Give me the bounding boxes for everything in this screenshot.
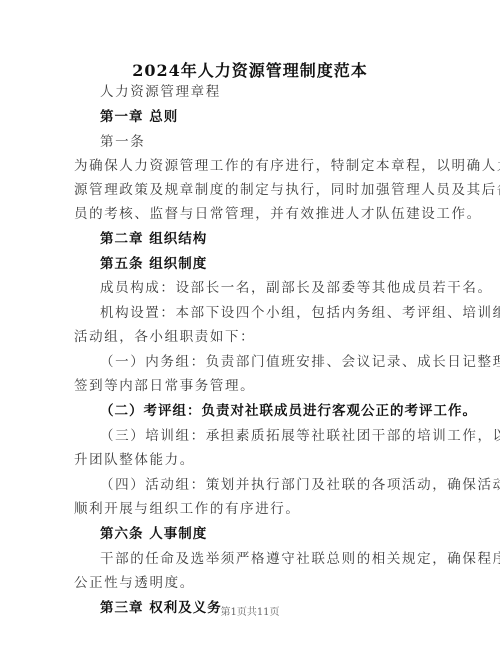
paragraph-line: 升团队整体能力。	[74, 450, 424, 470]
paragraph-line: 活动组，各小组职责如下：	[74, 327, 424, 347]
paragraph-line: （三）培训组：承担素质拓展等社联社团干部的培训工作，以提	[100, 426, 450, 446]
chapter-heading: 第一章 总则	[100, 107, 450, 127]
paragraph-line: 员的考核、监督与日常管理，并有效推进人才队伍建设工作。	[74, 204, 424, 224]
paragraph-line: 成员构成：设部长一名，副部长及部委等其他成员若干名。	[100, 278, 450, 298]
paragraph-line: （一）内务组：负责部门值班安排、会议记录、成长日记整理、	[100, 352, 450, 372]
paragraph-line: 公正性与透明度。	[74, 573, 424, 593]
paragraph-line: （四）活动组：策划并执行部门及社联的各项活动，确保活动的	[100, 475, 450, 495]
paragraph-line: 干部的任命及选举须严格遵守社联总则的相关规定，确保程序的	[100, 549, 450, 569]
article-heading: 第一条	[100, 132, 450, 152]
paragraph-line: 源管理政策及规章制度的制定与执行，同时加强管理人员及其后备人	[74, 180, 424, 200]
chapter-heading: 第二章 组织结构	[100, 229, 450, 249]
paragraph-line: 为确保人力资源管理工作的有序进行，特制定本章程，以明确人力资	[74, 156, 424, 176]
document-title: 2024年人力资源管理制度范本	[0, 58, 500, 81]
document-page: 2024年人力资源管理制度范本 人力资源管理章程 第一章 总则 第一条 为确保人…	[0, 0, 500, 647]
paragraph-line-emphasized: （二）考评组：负责对社联成员进行客观公正的考评工作。	[100, 401, 450, 421]
article-heading: 第六条 人事制度	[100, 524, 450, 544]
paragraph-line: 顺利开展与组织工作的有序进行。	[74, 499, 424, 519]
article-heading: 第五条 组织制度	[100, 254, 450, 274]
subtitle: 人力资源管理章程	[100, 82, 450, 102]
paragraph-line: 签到等内部日常事务管理。	[74, 376, 424, 396]
paragraph-line: 机构设置：本部下设四个小组，包括内务组、考评组、培训组及	[100, 303, 450, 323]
page-number: 第1页共11页	[0, 603, 500, 618]
